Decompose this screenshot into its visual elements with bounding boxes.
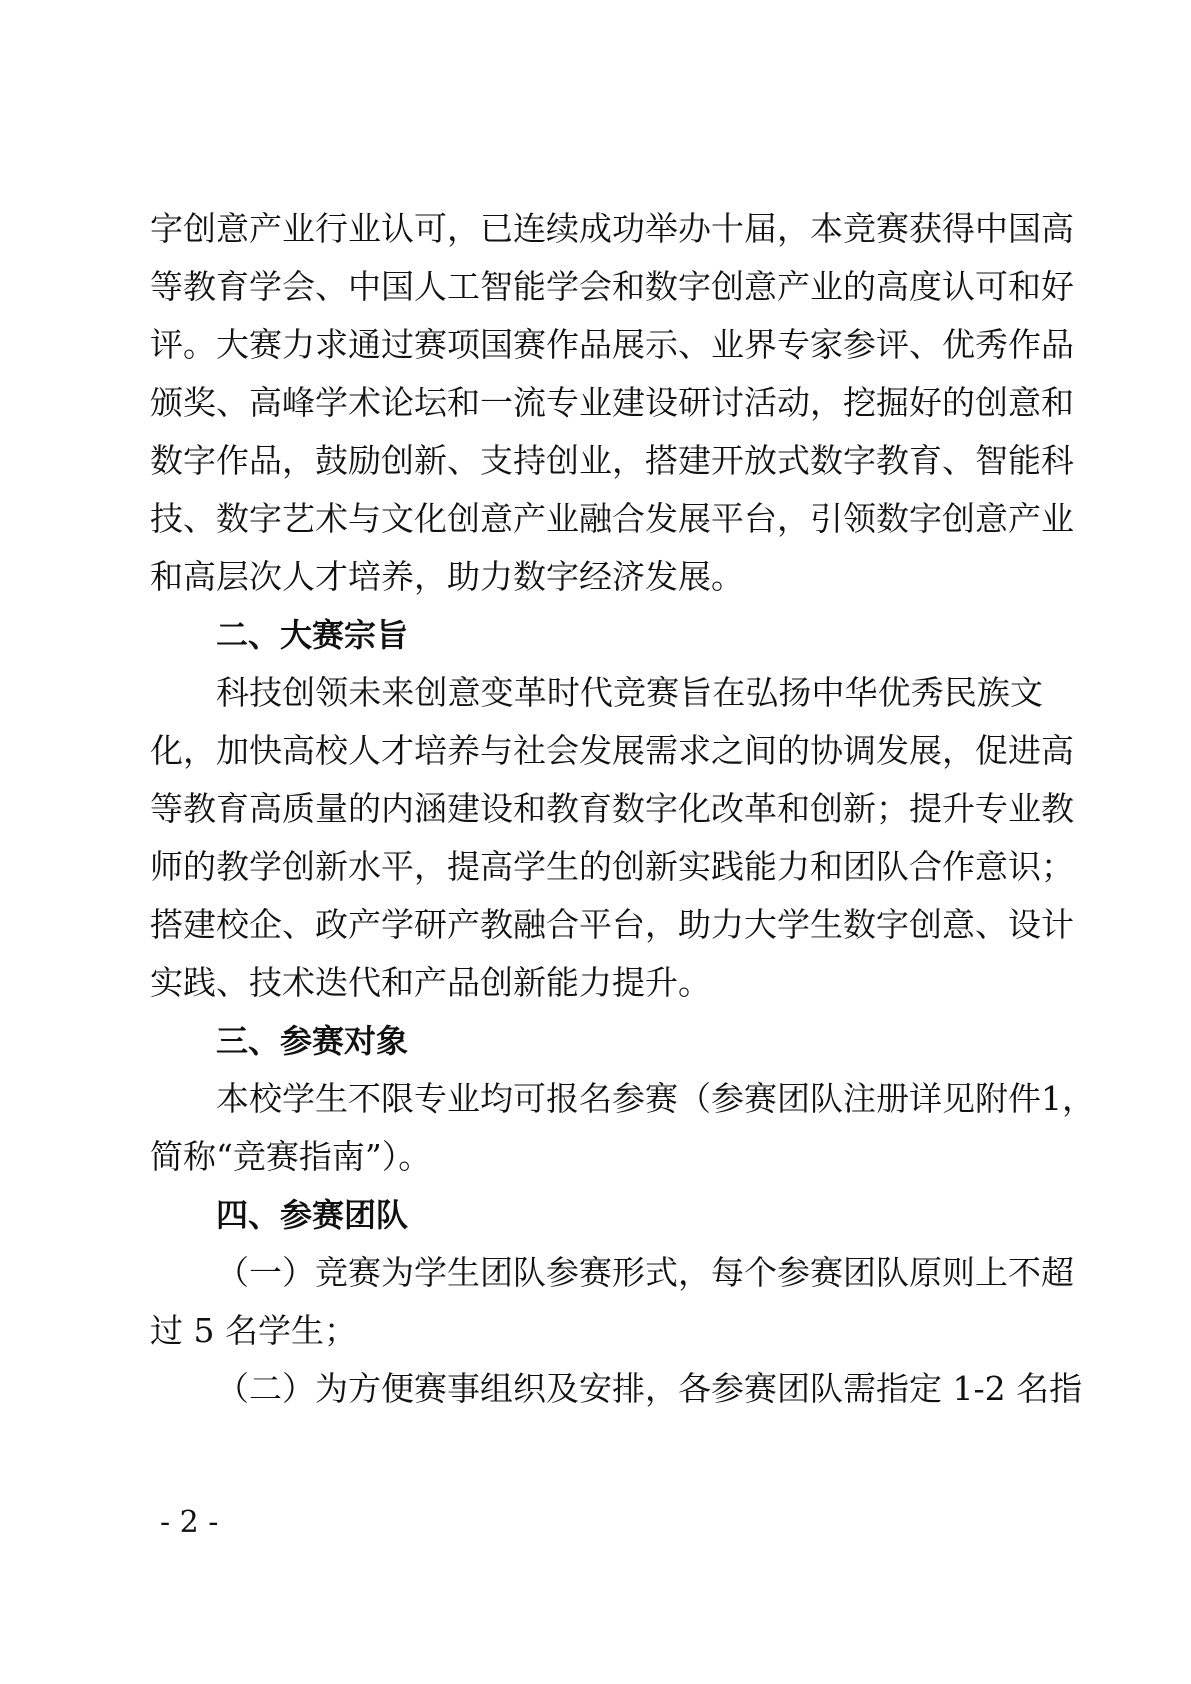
section-heading-participants: 三、参赛对象: [216, 1012, 408, 1070]
list-item-line: （一）竞赛为学生团队参赛形式，每个参赛团队原则上不超: [216, 1244, 1043, 1302]
paragraph-line: 技、数字艺术与文化创意产业融合发展平台，引领数字创意产业: [150, 490, 1043, 548]
paragraph-line: 简称“竞赛指南”）。: [150, 1128, 431, 1186]
paragraph-line: 颁奖、高峰学术论坛和一流专业建设研讨活动，挖掘好的创意和: [150, 374, 1043, 432]
list-item-line: 过 5 名学生；: [150, 1302, 357, 1360]
paragraph-line: 本校学生不限专业均可报名参赛（参赛团队注册详见附件1，: [216, 1070, 1043, 1128]
paragraph-line: 等教育学会、中国人工智能学会和数字创意产业的高度认可和好: [150, 258, 1043, 316]
paragraph-line: 搭建校企、政产学研产教融合平台，助力大学生数字创意、设计: [150, 896, 1043, 954]
paragraph-line: 实践、技术迭代和产品创新能力提升。: [150, 954, 711, 1012]
paragraph-line: 字创意产业行业认可，已连续成功举办十届，本竞赛获得中国高: [150, 200, 1043, 258]
paragraph-line: 数字作品，鼓励创新、支持创业，搭建开放式数字教育、智能科: [150, 432, 1043, 490]
page-number: - 2 -: [160, 1505, 218, 1540]
list-item-line: （二）为方便赛事组织及安排，各参赛团队需指定 1-2 名指: [216, 1360, 1043, 1418]
paragraph-line: 等教育高质量的内涵建设和教育数字化改革和创新；提升专业教: [150, 780, 1043, 838]
section-heading-purpose: 二、大赛宗旨: [216, 606, 408, 664]
paragraph-line: 和高层次人才培养，助力数字经济发展。: [150, 548, 744, 606]
paragraph-line: 化，加快高校人才培养与社会发展需求之间的协调发展，促进高: [150, 722, 1043, 780]
section-heading-teams: 四、参赛团队: [216, 1186, 408, 1244]
paragraph-line: 科技创领未来创意变革时代竞赛旨在弘扬中华优秀民族文: [216, 664, 1043, 722]
paragraph-line: 评。大赛力求通过赛项国赛作品展示、业界专家参评、优秀作品: [150, 316, 1043, 374]
paragraph-line: 师的教学创新水平，提高学生的创新实践能力和团队合作意识；: [150, 838, 1043, 896]
